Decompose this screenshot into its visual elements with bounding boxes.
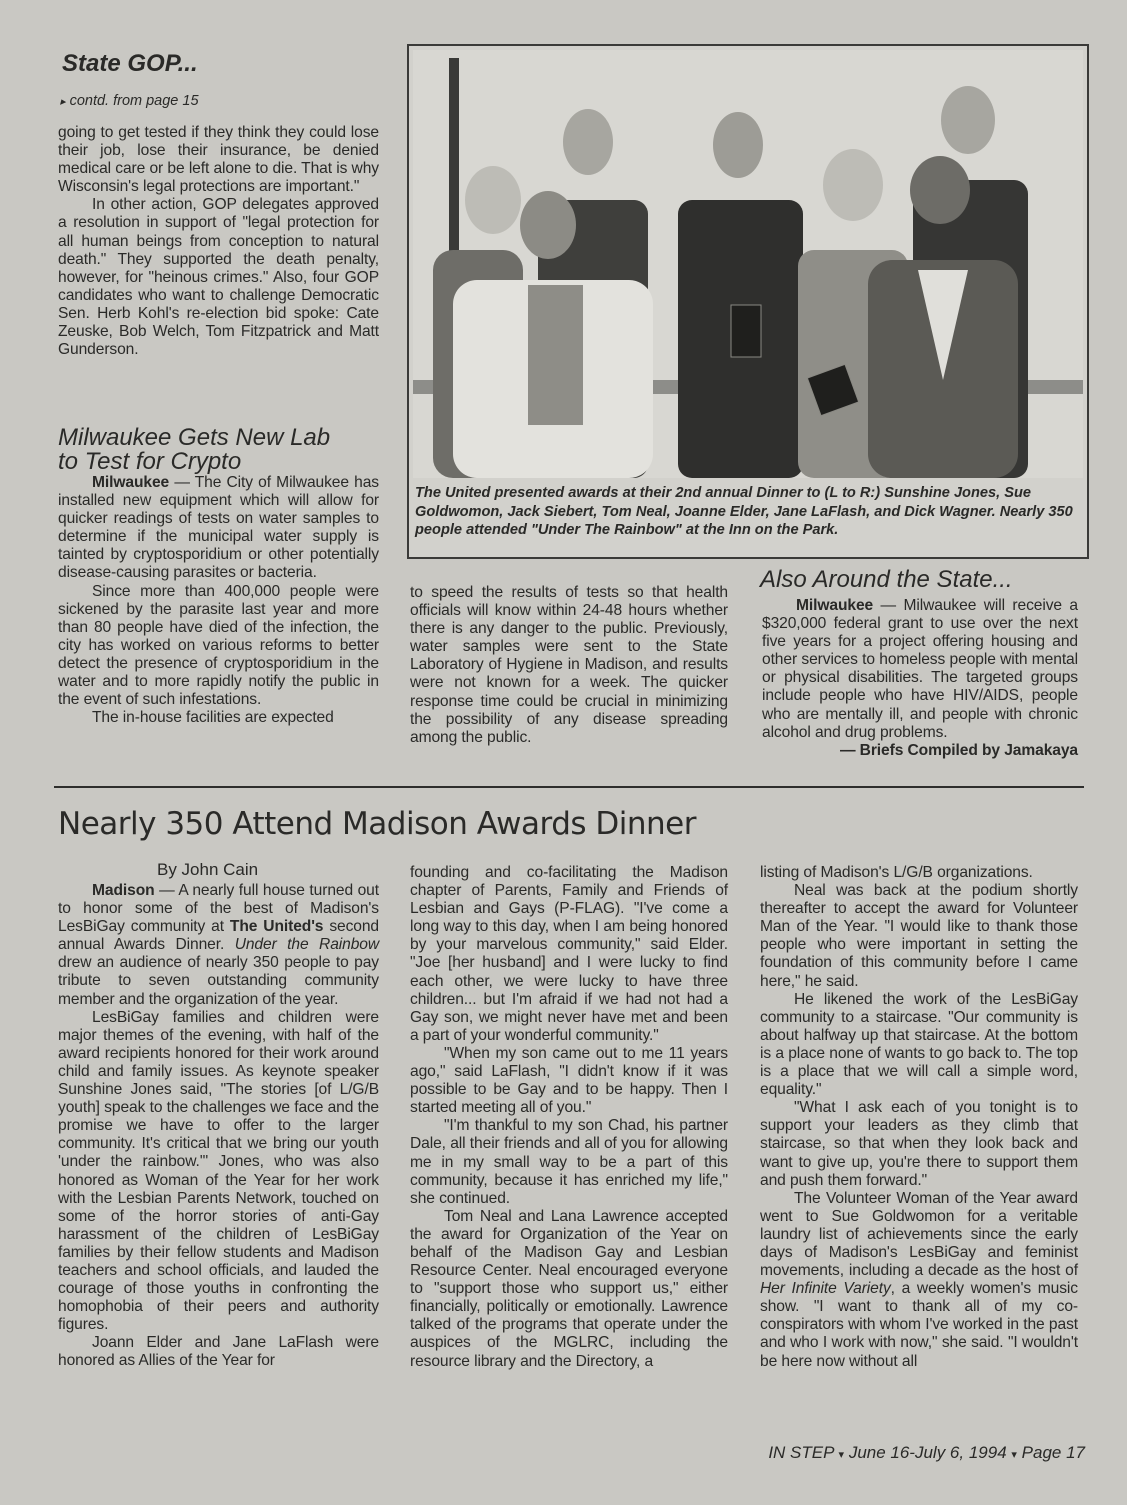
photo-caption: The United presented awards at their 2nd… [415, 484, 1079, 540]
paragraph: Milwaukee — Milwaukee will receive a $32… [762, 597, 1078, 742]
paragraph: to speed the results of tests so that he… [410, 584, 728, 747]
paragraph: In other action, GOP delegates approved … [58, 196, 379, 359]
state-gop-kicker: State GOP... [62, 50, 198, 78]
paragraph: Madison — A nearly full house turned out… [58, 882, 379, 1009]
paragraph: Joann Elder and Jane LaFlash were honore… [58, 1334, 379, 1370]
paragraph: founding and co-facilitating the Madison… [410, 864, 728, 1045]
continued-from-note[interactable]: ▸ contd. from page 15 [60, 93, 199, 109]
paragraph: "What I ask each of you tonight is to su… [760, 1099, 1078, 1189]
photo-box: The United presented awards at their 2nd… [407, 44, 1089, 559]
publication-name: IN STEP [768, 1443, 834, 1462]
paragraph-text: The Volunteer Woman of the Year award we… [760, 1190, 1078, 1279]
org-name: The United's [230, 918, 323, 935]
event-title: Under the Rainbow [235, 936, 379, 953]
group-photo-image [413, 50, 1083, 478]
paragraph-text: drew an audience of nearly 350 people to… [58, 954, 379, 1007]
crypto-headline: Milwaukee Gets New Lab to Test for Crypt… [58, 426, 388, 474]
continued-from-link[interactable]: contd. from page 15 [70, 93, 199, 109]
section-divider [54, 786, 1084, 788]
arrow-right-icon: ▸ [60, 96, 66, 108]
triangle-down-icon: ▾ [1011, 1449, 1017, 1461]
paragraph: going to get tested if they think they c… [58, 124, 379, 196]
dateline-dash: — [169, 474, 195, 491]
awards-col-2: founding and co-facilitating the Madison… [410, 864, 728, 1371]
page-footer: IN STEP ▾ June 16-July 6, 1994 ▾ Page 17 [768, 1443, 1085, 1463]
paragraph: Since more than 400,000 people were sick… [58, 583, 379, 710]
issue-date: June 16-July 6, 1994 [849, 1443, 1007, 1462]
triangle-down-icon: ▾ [839, 1449, 845, 1461]
awards-col-1: Madison — A nearly full house turned out… [58, 882, 379, 1371]
group-photo [413, 50, 1083, 478]
paragraph: Tom Neal and Lana Lawrence accepted the … [410, 1208, 728, 1371]
paragraph: "I'm thankful to my son Chad, his partne… [410, 1117, 728, 1207]
crypto-headline-line-1: Milwaukee Gets New Lab [58, 426, 388, 450]
paragraph: He likened the work of the LesBiGay comm… [760, 991, 1078, 1100]
paragraph: Neal was back at the podium shortly ther… [760, 882, 1078, 991]
paragraph: listing of Madison's L/G/B organizations… [760, 864, 1078, 882]
page-number: Page 17 [1022, 1443, 1085, 1462]
dateline-dash: — [155, 882, 179, 899]
paragraph: LesBiGay families and children were majo… [58, 1009, 379, 1335]
dateline: Milwaukee [92, 474, 169, 491]
paragraph: The Volunteer Woman of the Year award we… [760, 1190, 1078, 1371]
briefs-credit: — Briefs Compiled by Jamakaya [762, 742, 1078, 760]
state-gop-body: going to get tested if they think they c… [58, 124, 379, 359]
also-around-headline: Also Around the State... [760, 568, 1013, 592]
dateline: Madison [92, 882, 155, 899]
paragraph: Milwaukee — The City of Milwaukee has in… [58, 474, 379, 583]
paragraph-text: Milwaukee will receive a $320,000 federa… [762, 597, 1078, 741]
also-around-body: Milwaukee — Milwaukee will receive a $32… [762, 597, 1078, 760]
awards-col-3: listing of Madison's L/G/B organizations… [760, 864, 1078, 1371]
dateline-dash: — [873, 597, 903, 614]
paragraph: The in-house facilities are expected [58, 709, 379, 727]
dateline: Milwaukee [796, 597, 873, 614]
crypto-headline-line-2: to Test for Crypto [58, 450, 388, 474]
crypto-body: Milwaukee — The City of Milwaukee has in… [58, 474, 379, 727]
crypto-body-continued: to speed the results of tests so that he… [410, 584, 728, 747]
byline: By John Cain [157, 860, 258, 880]
awards-headline: Nearly 350 Attend Madison Awards Dinner [58, 806, 696, 842]
show-title: Her Infinite Variety [760, 1280, 891, 1297]
paragraph: "When my son came out to me 11 years ago… [410, 1045, 728, 1117]
